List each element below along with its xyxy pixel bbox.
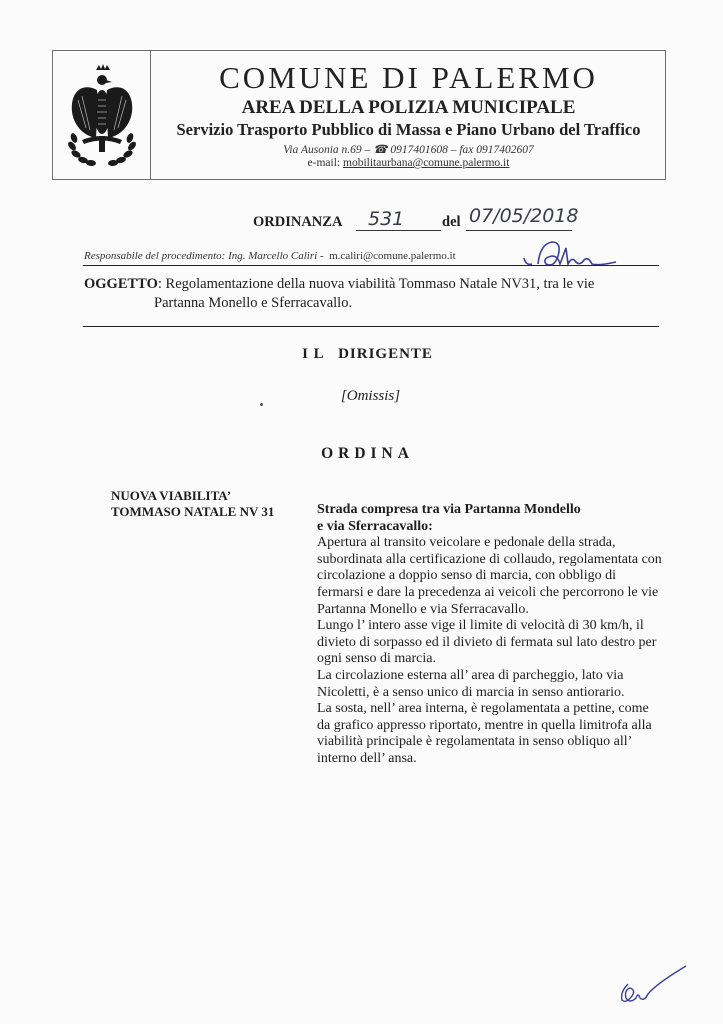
ordinanza-number-line [356, 230, 441, 231]
oggetto-text-2: Partanna Monello e Sferracavallo. [84, 294, 644, 313]
ordinanza-date: 07/05/2018 [469, 205, 579, 227]
omissis-text: [Omissis] [0, 388, 723, 405]
palermo-eagle-crest-icon [52, 50, 151, 180]
oggetto-block: OGGETTO: Regolamentazione della nuova vi… [84, 275, 644, 313]
paragraph: Lungo l’ intero asse vige il limite di v… [317, 618, 662, 668]
divider [83, 265, 659, 266]
oggetto-text-1: : Regolamentazione della nuova viabilità… [158, 276, 594, 292]
responsabile-label: Responsabile del procedimento: Ing. Marc… [84, 250, 317, 262]
ordina-heading: ORDINA [0, 445, 723, 463]
service-title: Servizio Trasporto Pubblico di Massa e P… [151, 120, 666, 140]
municipality-title: COMUNE DI PALERMO [151, 60, 666, 96]
email-label: e-mail: [308, 157, 343, 169]
paragraph: La circolazione esterna all’ area di par… [317, 668, 662, 701]
section-title-line-2: TOMMASO NATALE NV 31 [111, 504, 274, 520]
section-heading-2: e via Sferracavallo: [317, 519, 662, 536]
oggetto-label: OGGETTO [84, 276, 158, 292]
contact-email-link[interactable]: mobilitaurbana@comune.palermo.it [343, 157, 509, 169]
dirigente-heading: I L DIRIGENTE [0, 346, 723, 363]
paragraph: Apertura al transito veicolare e pedonal… [317, 535, 662, 618]
handwritten-initials-icon [520, 236, 620, 276]
logo-cell [52, 50, 151, 180]
department-title: AREA DELLA POLIZIA MUNICIPALE [151, 97, 666, 119]
del-label: del [442, 214, 461, 231]
contact-email-line: e-mail: mobilitaurbana@comune.palermo.it [151, 157, 666, 169]
section-heading-1: Strada compresa tra via Partanna Mondell… [317, 502, 662, 519]
date-line [466, 230, 572, 231]
ordinanza-number: 531 [368, 208, 404, 230]
section-title: NUOVA VIABILITA’ TOMMASO NATALE NV 31 [111, 488, 274, 520]
responsabile-line: Responsabile del procedimento: Ing. Marc… [84, 250, 456, 262]
divider [83, 326, 659, 327]
paragraph: La sosta, nell’ area interna, è regolame… [317, 701, 662, 767]
section-body: Strada compresa tra via Partanna Mondell… [317, 502, 662, 768]
section-title-line-1: NUOVA VIABILITA’ [111, 488, 274, 504]
separator: - [317, 250, 329, 262]
handwritten-signature-icon [608, 940, 698, 1010]
responsabile-email[interactable]: m.caliri@comune.palermo.it [329, 250, 456, 262]
ordinanza-label: ORDINANZA [253, 214, 342, 231]
contact-address: Via Ausonia n.69 – ☎ 0917401608 – fax 09… [151, 142, 666, 156]
